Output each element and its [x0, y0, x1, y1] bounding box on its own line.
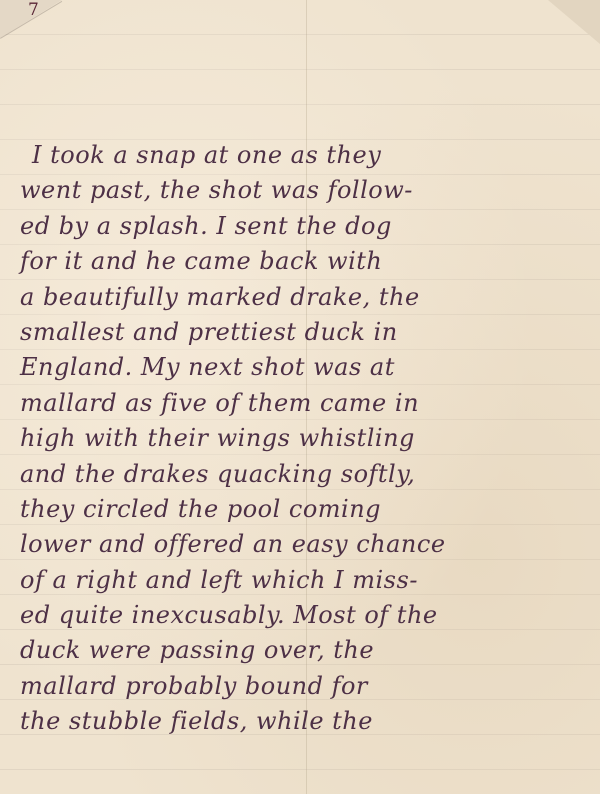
page-number: 7 — [28, 2, 39, 19]
text-line: they circled the pool coming — [20, 492, 590, 527]
text-line: I took a snap at one as they — [20, 138, 590, 173]
text-line: of a right and left which I miss- — [20, 563, 590, 598]
handwritten-text-body: I took a snap at one as they went past, … — [20, 138, 590, 740]
folded-corner-top-right — [548, 0, 600, 44]
text-line: duck were passing over, the — [20, 633, 590, 668]
text-line: England. My next shot was at — [20, 350, 590, 385]
text-line: mallard as five of them came in — [20, 386, 590, 421]
text-line: the stubble fields, while the — [20, 704, 590, 739]
text-line: lower and offered an easy chance — [20, 527, 590, 562]
text-line: high with their wings whistling — [20, 421, 590, 456]
text-line: ed by a splash. I sent the dog — [20, 209, 590, 244]
text-line: and the drakes quacking softly, — [20, 457, 590, 492]
text-line: for it and he came back with — [20, 244, 590, 279]
text-line: ed quite inexcusably. Most of the — [20, 598, 590, 633]
letter-page: 7 I took a snap at one as they went past… — [0, 0, 600, 794]
text-line: smallest and prettiest duck in — [20, 315, 590, 350]
text-line: a beautifully marked drake, the — [20, 280, 590, 315]
text-line: went past, the shot was follow- — [20, 173, 590, 208]
text-line: mallard probably bound for — [20, 669, 590, 704]
